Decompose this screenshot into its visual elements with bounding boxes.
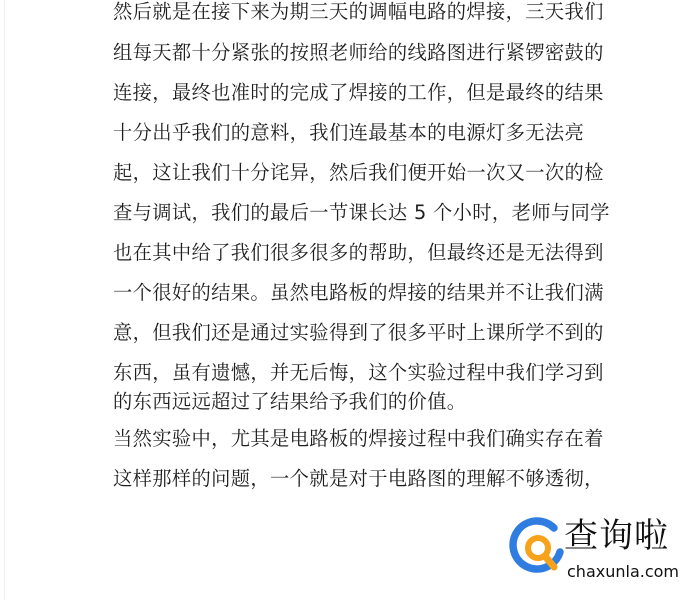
text-line: 意，但我们还是通过实验得到了很多平时上课所学不到的 bbox=[113, 322, 604, 344]
text-line: 一个很好的结果。虽然电路板的焊接的结果并不让我们满 bbox=[113, 282, 604, 304]
text-line: 然后就是在接下来为期三天的调幅电路的焊接，三天我们 bbox=[113, 1, 604, 23]
text-line: 的东西远远超过了结果给予我们的价值。 bbox=[113, 391, 466, 413]
text-line: 当然实验中，尤其是电路板的焊接过程中我们确实存在着 bbox=[113, 428, 604, 450]
text-line: 组每天都十分紧张的按照老师给的线路图进行紧锣密鼓的 bbox=[113, 42, 604, 64]
text-line: 查与调试，我们的最后一节课长达 5 个小时，老师与同学 bbox=[113, 202, 610, 224]
text-line: 东西，虽有遗憾，并无后悔，这个实验过程中我们学习到 bbox=[113, 362, 604, 384]
watermark-url: chaxunla.com bbox=[567, 562, 679, 582]
text-line: 这样那样的问题，一个就是对于电路图的理解不够透彻， bbox=[113, 468, 604, 490]
text-line: 起，这让我们十分诧异，然后我们便开始一次又一次的检 bbox=[113, 162, 604, 184]
text-line: 连接，最终也准时的完成了焊接的工作，但是最终的结果 bbox=[113, 82, 604, 104]
search-magnifier-logo-icon bbox=[508, 516, 566, 578]
document-body: 然后就是在接下来为期三天的调幅电路的焊接，三天我们 组每天都十分紧张的按照老师给… bbox=[0, 0, 682, 600]
text-line: 十分出乎我们的意料，我们连最基本的电源灯多无法亮 bbox=[113, 122, 584, 144]
chaxunla-watermark: 查询啦 chaxunla.com bbox=[506, 514, 676, 588]
watermark-title: 查询啦 bbox=[564, 514, 669, 558]
text-line: 也在其中给了我们很多很多的帮助，但最终还是无法得到 bbox=[113, 242, 604, 264]
